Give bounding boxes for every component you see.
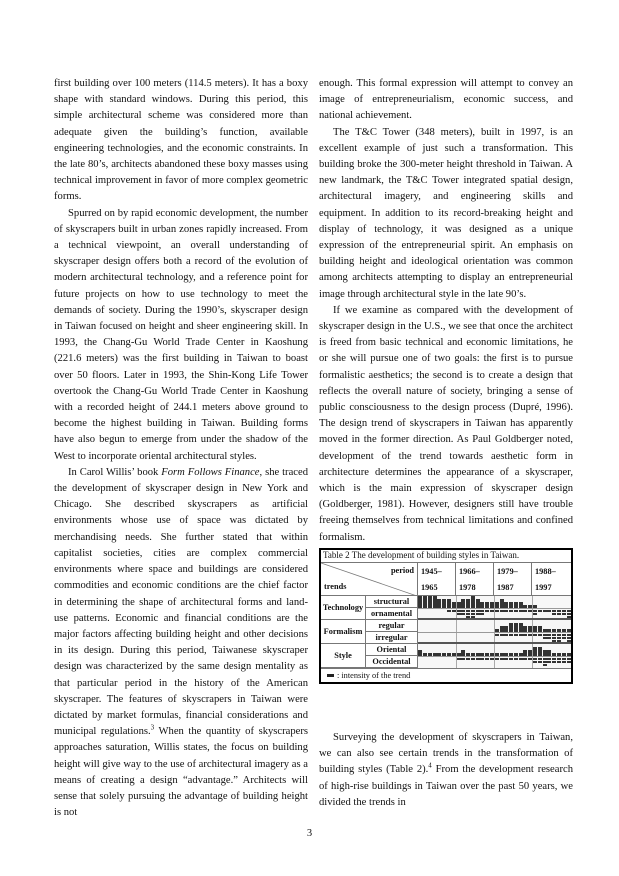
intensity-block: [461, 599, 465, 602]
intensity-block: [533, 626, 537, 629]
intensity-block: [547, 661, 551, 664]
intensity-block: [528, 626, 532, 629]
intensity-block: [543, 650, 547, 653]
intensity-block: [452, 610, 456, 613]
intensity-block: [485, 653, 489, 656]
intensity-block: [466, 599, 470, 602]
intensity-block: [533, 629, 537, 632]
group-divider: [418, 642, 571, 644]
intensity-block: [442, 599, 446, 602]
period-header: 1979–1987: [494, 562, 532, 596]
intensity-block: [528, 650, 532, 653]
intensity-block: [495, 658, 499, 661]
group-style: Style: [321, 644, 366, 668]
intensity-block: [418, 650, 422, 653]
intensity-block: [495, 634, 499, 637]
intensity-block: [485, 605, 489, 608]
intensity-block: [471, 658, 475, 661]
intensity-block: [514, 605, 518, 608]
intensity-block: [433, 605, 437, 608]
intensity-block: [447, 605, 451, 608]
intensity-block: [533, 613, 537, 616]
intensity-block: [509, 653, 513, 656]
intensity-block: [457, 605, 461, 608]
table-2: Table 2 The development of building styl…: [319, 548, 573, 684]
intensity-block: [533, 647, 537, 650]
intensity-block: [500, 605, 504, 608]
intensity-block: [514, 653, 518, 656]
group-formalism: Formalism: [321, 620, 366, 644]
intensity-block: [423, 605, 427, 608]
intensity-block: [461, 602, 465, 605]
intensity-block: [461, 650, 465, 653]
intensity-block: [495, 602, 499, 605]
intensity-block: [543, 653, 547, 656]
intensity-block: [504, 653, 508, 656]
intensity-block: [504, 629, 508, 632]
table-caption: Table 2 The development of building styl…: [323, 550, 519, 560]
intensity-block: [500, 626, 504, 629]
row-label-occidental: Occidental: [366, 656, 418, 668]
intensity-block: [442, 605, 446, 608]
intensity-block: [423, 602, 427, 605]
intensity-block: [552, 640, 556, 643]
intensity-block: [538, 629, 542, 632]
intensity-block: [519, 623, 523, 626]
intensity-block: [514, 626, 518, 629]
table-legend: : intensity of the trend: [321, 668, 571, 682]
intensity-swatch-icon: [327, 674, 334, 677]
intensity-block: [538, 650, 542, 653]
row-label-regular: regular: [366, 620, 418, 632]
intensity-block: [519, 626, 523, 629]
intensity-block: [485, 602, 489, 605]
intensity-block: [476, 602, 480, 605]
intensity-block: [504, 626, 508, 629]
intensity-block: [523, 605, 527, 608]
intensity-block: [471, 599, 475, 602]
intensity-block: [500, 658, 504, 661]
intensity-block: [490, 658, 494, 661]
intensity-block: [519, 605, 523, 608]
intensity-block: [523, 610, 527, 613]
intensity-block: [509, 623, 513, 626]
intensity-block: [547, 637, 551, 640]
header-corner-cell: period trends: [321, 562, 418, 596]
intensity-block: [471, 616, 475, 619]
intensity-block: [500, 602, 504, 605]
intensity-block: [490, 605, 494, 608]
intensity-block: [514, 610, 518, 613]
intensity-block: [423, 599, 427, 602]
intensity-block: [533, 653, 537, 656]
intensity-block: [528, 629, 532, 632]
intensity-block: [528, 605, 532, 608]
intensity-block: [457, 653, 461, 656]
intensity-block: [557, 653, 561, 656]
intensity-block: [480, 602, 484, 605]
intensity-block: [547, 610, 551, 613]
intensity-block: [452, 653, 456, 656]
intensity-block: [471, 602, 475, 605]
intensity-block: [519, 629, 523, 632]
intensity-block: [447, 602, 451, 605]
intensity-block: [509, 626, 513, 629]
intensity-block: [562, 637, 566, 640]
intensity-block: [552, 653, 556, 656]
paragraph: enough. This formal expression will atte…: [319, 76, 573, 125]
intensity-block: [428, 602, 432, 605]
intensity-block: [523, 626, 527, 629]
page-number: 3: [0, 828, 619, 839]
intensity-block: [447, 653, 451, 656]
paragraph: first building over 100 meters (114.5 me…: [54, 76, 308, 206]
intensity-block: [519, 653, 523, 656]
intensity-block: [418, 599, 422, 602]
intensity-block: [495, 653, 499, 656]
intensity-block: [466, 602, 470, 605]
paragraph: If we examine as compared with the devel…: [319, 303, 573, 546]
intensity-block: [490, 610, 494, 613]
intensity-block: [528, 610, 532, 613]
intensity-block: [480, 613, 484, 616]
intensity-block: [495, 629, 499, 632]
intensity-block: [562, 613, 566, 616]
intensity-block: [437, 653, 441, 656]
intensity-block: [543, 664, 547, 667]
intensity-block: [509, 634, 513, 637]
intensity-block: [557, 640, 561, 643]
intensity-block: [543, 610, 547, 613]
intensity-block: [557, 661, 561, 664]
intensity-block: [562, 661, 566, 664]
intensity-block: [452, 602, 456, 605]
intensity-block: [500, 599, 504, 602]
intensity-block: [567, 629, 571, 632]
intensity-block: [428, 653, 432, 656]
intensity-block: [428, 599, 432, 602]
intensity-block: [543, 637, 547, 640]
intensity-block: [418, 653, 422, 656]
row-label-structural: structural: [366, 596, 418, 608]
row-label-oriental: Oriental: [366, 644, 418, 656]
intensity-block: [528, 658, 532, 661]
intensity-block: [514, 623, 518, 626]
intensity-block: [523, 634, 527, 637]
intensity-block: [500, 610, 504, 613]
intensity-block: [538, 626, 542, 629]
intensity-block: [490, 653, 494, 656]
intensity-block: [509, 610, 513, 613]
intensity-block: [504, 658, 508, 661]
book-title: Form Follows Finance: [161, 467, 259, 478]
intensity-block: [509, 602, 513, 605]
intensity-block: [457, 602, 461, 605]
intensity-block: [437, 605, 441, 608]
intensity-block: [533, 605, 537, 608]
intensity-block: [466, 605, 470, 608]
right-column-continued: Surveying the development of skyscrapers…: [319, 730, 573, 811]
intensity-block: [523, 629, 527, 632]
intensity-block: [461, 605, 465, 608]
intensity-block: [437, 602, 441, 605]
intensity-block: [538, 661, 542, 664]
intensity-block: [457, 613, 461, 616]
intensity-block: [495, 605, 499, 608]
intensity-block: [538, 610, 542, 613]
intensity-block: [519, 602, 523, 605]
intensity-block: [433, 602, 437, 605]
intensity-block: [523, 650, 527, 653]
intensity-block: [504, 602, 508, 605]
table-grid: period trends 1945–1965 1966–1978 1979–1…: [321, 562, 571, 682]
intensity-block: [557, 629, 561, 632]
right-column: enough. This formal expression will atte…: [319, 76, 573, 546]
intensity-block: [457, 658, 461, 661]
intensity-block: [538, 653, 542, 656]
intensity-block: [509, 605, 513, 608]
intensity-block: [466, 658, 470, 661]
intensity-block: [552, 629, 556, 632]
intensity-block: [523, 658, 527, 661]
intensity-block: [509, 629, 513, 632]
intensity-block: [418, 602, 422, 605]
period-header: 1988–1997: [532, 562, 571, 596]
paragraph: In Carol Willis’ book Form Follows Finan…: [54, 465, 308, 821]
intensity-block: [528, 653, 532, 656]
intensity-block: [476, 653, 480, 656]
group-technology: Technology: [321, 596, 366, 620]
intensity-block: [471, 596, 475, 599]
intensity-block: [519, 610, 523, 613]
trends-label: trends: [324, 582, 346, 591]
row-label-irregular: irregular: [366, 632, 418, 644]
intensity-block: [538, 647, 542, 650]
intensity-block: [562, 653, 566, 656]
period-header: 1945–1965: [418, 562, 456, 596]
intensity-block: [500, 653, 504, 656]
intensity-block: [452, 605, 456, 608]
intensity-block: [480, 605, 484, 608]
intensity-block: [476, 658, 480, 661]
intensity-block: [461, 658, 465, 661]
intensity-block: [428, 596, 432, 599]
intensity-block: [442, 602, 446, 605]
intensity-block: [514, 629, 518, 632]
intensity-block: [461, 613, 465, 616]
intensity-block: [504, 605, 508, 608]
intensity-block: [433, 599, 437, 602]
intensity-block: [442, 653, 446, 656]
intensity-block: [533, 650, 537, 653]
intensity-block: [428, 605, 432, 608]
intensity-block: [461, 653, 465, 656]
intensity-block: [485, 610, 489, 613]
intensity-block: [533, 634, 537, 637]
intensity-block: [552, 613, 556, 616]
intensity-block: [557, 613, 561, 616]
intensity-block: [423, 653, 427, 656]
intensity-block: [437, 599, 441, 602]
intensity-block: [552, 661, 556, 664]
intensity-block: [567, 640, 571, 643]
intensity-block: [514, 658, 518, 661]
intensity-block: [509, 658, 513, 661]
intensity-block: [504, 634, 508, 637]
left-column: first building over 100 meters (114.5 me…: [54, 76, 308, 821]
intensity-block: [447, 610, 451, 613]
intensity-block: [519, 634, 523, 637]
intensity-block: [466, 616, 470, 619]
intensity-block: [514, 602, 518, 605]
intensity-block: [476, 613, 480, 616]
intensity-block: [500, 629, 504, 632]
intensity-block: [471, 653, 475, 656]
intensity-block: [485, 658, 489, 661]
intensity-block: [418, 596, 422, 599]
intensity-block: [447, 599, 451, 602]
intensity-block: [528, 634, 532, 637]
intensity-block: [543, 629, 547, 632]
intensity-block: [433, 596, 437, 599]
intensity-block: [567, 661, 571, 664]
intensity-block: [547, 629, 551, 632]
intensity-block: [504, 610, 508, 613]
intensity-block: [547, 653, 551, 656]
row-label-ornamental: ornamental: [366, 608, 418, 620]
intensity-block: [418, 605, 422, 608]
intensity-block: [547, 650, 551, 653]
intensity-block: [471, 605, 475, 608]
intensity-block: [562, 629, 566, 632]
intensity-block: [476, 599, 480, 602]
intensity-block: [519, 658, 523, 661]
trend-intensity-chart: [418, 596, 571, 668]
intensity-block: [466, 653, 470, 656]
intensity-block: [480, 653, 484, 656]
intensity-block: [476, 605, 480, 608]
intensity-block: [514, 634, 518, 637]
intensity-block: [490, 602, 494, 605]
paragraph: The T&C Tower (348 meters), built in 199…: [319, 125, 573, 303]
intensity-block: [500, 634, 504, 637]
intensity-block: [495, 610, 499, 613]
intensity-block: [533, 661, 537, 664]
period-label: period: [391, 566, 414, 575]
paragraph: Surveying the development of skyscrapers…: [319, 730, 573, 811]
intensity-block: [523, 653, 527, 656]
intensity-block: [433, 653, 437, 656]
intensity-block: [538, 634, 542, 637]
period-header: 1966–1978: [456, 562, 494, 596]
intensity-block: [423, 596, 427, 599]
intensity-block: [567, 653, 571, 656]
paragraph: Spurred on by rapid economic development…: [54, 206, 308, 465]
intensity-block: [567, 616, 571, 619]
intensity-block: [480, 658, 484, 661]
group-divider: [418, 618, 571, 620]
